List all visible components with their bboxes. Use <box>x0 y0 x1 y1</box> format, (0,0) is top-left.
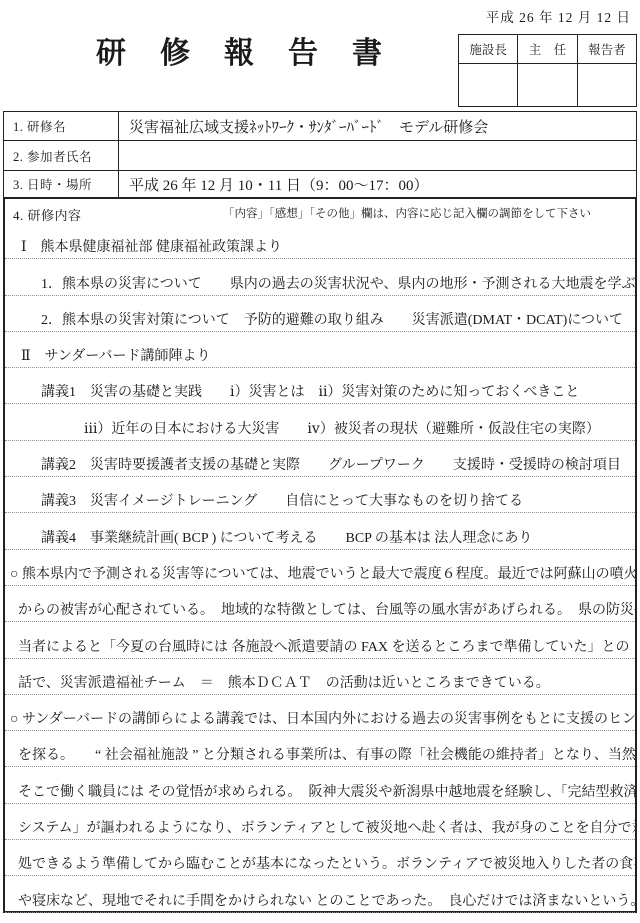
content-line: や寝床など、現地でそれに手間をかけられない とのことであった。 良心だけでは済ま… <box>5 876 635 912</box>
content-line: 講義2 災害時要援護者支援の基礎と実際 グループワーク 支援時・受援時の検討項目 <box>5 441 635 477</box>
content-line-text: 話で、災害派遣福祉チーム ＝ 熊本ＤＣＡＴ の活動は近いところまできている。 <box>18 675 550 692</box>
report-date: 平成 26 年 12 月 12 日 <box>486 6 631 26</box>
stamp-header-reporter: 報告者 <box>577 35 636 64</box>
row-label: 2. 参加者氏名 <box>4 141 119 171</box>
content-lines: Ⅰ 熊本県健康福祉部 健康福祉政策課より 1．熊本県の災害について 県内の過去の… <box>5 223 635 913</box>
content-line: 講義3 災害イメージトレーニング 自信にとって大事なものを切り捨てる <box>5 477 635 513</box>
content-line: 講義1 災害の基礎と実践 ⅰ）災害とは ⅱ）災害対策のために知っておくべきこと <box>5 368 635 404</box>
content-line: 1．熊本県の災害について 県内の過去の災害状況や、県内の地形・予測される大地震を… <box>5 259 635 295</box>
row-label: 3. 日時・場所 <box>4 171 119 198</box>
content-line-text: 2．熊本県の災害対策について 予防的避難の取り組み 災害派遣(DMAT・DCAT… <box>41 312 623 329</box>
content-line-text: システム」が謳われるようになり、ボランティアとして被災地へ赴く者は、我が身のこと… <box>18 820 635 837</box>
table-row: 1. 研修名 災害福祉広域支援ﾈｯﾄﾜｰｸ・ｻﾝﾀﾞｰﾊﾞｰﾄﾞ モデル研修会 <box>4 112 637 141</box>
stamp-cell <box>518 64 577 107</box>
page-title: 研 修 報 告 書 <box>96 28 384 72</box>
section-header: 4. 研修内容 「内容」「感想」「その他」欄は、内容に応じ記入欄の調節をして下さ… <box>5 199 635 223</box>
stamp-cell <box>577 64 636 107</box>
row-value <box>119 141 637 171</box>
content-line: システム」が謳われるようになり、ボランティアとして被災地へ赴く者は、我が身のこと… <box>5 804 635 840</box>
approval-stamp-table: 施設長 主 任 報告者 <box>458 34 637 107</box>
content-line: 2．熊本県の災害対策について 予防的避難の取り組み 災害派遣(DMAT・DCAT… <box>5 296 635 332</box>
content-line: 講義4 事業継続計画( BCP ) について考える BCP の基本は 法人理念に… <box>5 513 635 549</box>
fill-note: 「内容」「感想」「その他」欄は、内容に応じ記入欄の調節をして下さい <box>223 205 591 221</box>
content-line-text: 講義3 災害イメージトレーニング 自信にとって大事なものを切り捨てる <box>41 493 523 510</box>
content-line-text: 当者によると「今夏の台風時には 各施設へ派遣要請の FAX を送るところまで準備… <box>18 639 629 656</box>
content-line: 話で、災害派遣福祉チーム ＝ 熊本ＤＣＡＴ の活動は近いところまできている。 <box>5 659 635 695</box>
stamp-header-facility-head: 施設長 <box>459 35 518 64</box>
report-page: 平成 26 年 12 月 12 日 研 修 報 告 書 施設長 主 任 報告者 … <box>0 0 640 923</box>
content-line: 当者によると「今夏の台風時には 各施設へ派遣要請の FAX を送るところまで準備… <box>5 622 635 658</box>
content-line: ○ 熊本県内で予測される災害等については、地震でいうと最大で震度６程度。最近では… <box>5 550 635 586</box>
content-line: Ⅱ サンダーバード講師陣より <box>5 332 635 368</box>
stamp-header-row: 施設長 主 任 報告者 <box>459 35 637 64</box>
stamp-header-chief: 主 任 <box>518 35 577 64</box>
row-value: 災害福祉広域支援ﾈｯﾄﾜｰｸ・ｻﾝﾀﾞｰﾊﾞｰﾄﾞ モデル研修会 <box>119 112 637 141</box>
stamp-cell-row <box>459 64 637 107</box>
row-value: 平成 26 年 12 月 10・11 日（9：00～17：00） <box>119 171 637 198</box>
content-line: Ⅰ 熊本県健康福祉部 健康福祉政策課より <box>5 223 635 259</box>
stamp-cell <box>459 64 518 107</box>
content-line-text: 講義1 災害の基礎と実践 ⅰ）災害とは ⅱ）災害対策のために知っておくべきこと <box>41 384 579 401</box>
content-line-text: Ⅰ 熊本県健康福祉部 健康福祉政策課より <box>21 239 282 256</box>
table-row: 2. 参加者氏名 <box>4 141 637 171</box>
content-line: ○ サンダーバードの講師らによる講義では、日本国内外における過去の災害事例をもと… <box>5 695 635 731</box>
training-content-section: 4. 研修内容 「内容」「感想」「その他」欄は、内容に応じ記入欄の調節をして下さ… <box>3 197 637 913</box>
section-label: 4. 研修内容 <box>13 205 82 224</box>
table-row: 3. 日時・場所 平成 26 年 12 月 10・11 日（9：00～17：00… <box>4 171 637 198</box>
content-line-text: ⅲ）近年の日本における大災害 ⅳ）被災者の現状（避難所・仮設住宅の実際） <box>84 421 600 438</box>
content-line-text: Ⅱ サンダーバード講師陣より <box>21 348 211 365</box>
content-line-text: 講義4 事業継続計画( BCP ) について考える BCP の基本は 法人理念に… <box>41 530 532 547</box>
content-line-text: 1．熊本県の災害について 県内の過去の災害状況や、県内の地形・予測される大地震を… <box>41 276 635 293</box>
content-line-text: ○ 熊本県内で予測される災害等については、地震でいうと最大で震度６程度。最近では… <box>10 566 635 583</box>
content-line-text: 処できるよう準備してから臨むことが基本になったという。ボランティアで被災地入りし… <box>18 856 635 873</box>
content-line-text: を探る。 “ 社会福祉施設 ” と分類される事業所は、有事の際「社会機能の維持者… <box>18 747 635 764</box>
content-line-text: 講義2 災害時要援護者支援の基礎と実際 グループワーク 支援時・受援時の検討項目 <box>41 457 621 474</box>
content-line: からの被害が心配されている。 地域的な特徴としては、台風等の風水害があげられる。… <box>5 586 635 622</box>
content-line: を探る。 “ 社会福祉施設 ” と分類される事業所は、有事の際「社会機能の維持者… <box>5 731 635 767</box>
info-table: 1. 研修名 災害福祉広域支援ﾈｯﾄﾜｰｸ・ｻﾝﾀﾞｰﾊﾞｰﾄﾞ モデル研修会 … <box>3 111 637 198</box>
content-line: ⅲ）近年の日本における大災害 ⅳ）被災者の現状（避難所・仮設住宅の実際） <box>5 404 635 440</box>
content-line-text: ○ サンダーバードの講師らによる講義では、日本国内外における過去の災害事例をもと… <box>10 711 635 728</box>
content-line-text: からの被害が心配されている。 地域的な特徴としては、台風等の風水害があげられる。… <box>18 602 635 619</box>
content-line: そこで働く職員には その覚悟が求められる。 阪神大震災や新潟県中越地震を経験し、… <box>5 767 635 803</box>
content-line-text: そこで働く職員には その覚悟が求められる。 阪神大震災や新潟県中越地震を経験し、… <box>18 784 635 801</box>
row-label: 1. 研修名 <box>4 112 119 141</box>
content-line-text: や寝床など、現地でそれに手間をかけられない とのことであった。 良心だけでは済ま… <box>18 893 635 910</box>
content-line: 処できるよう準備してから臨むことが基本になったという。ボランティアで被災地入りし… <box>5 840 635 876</box>
